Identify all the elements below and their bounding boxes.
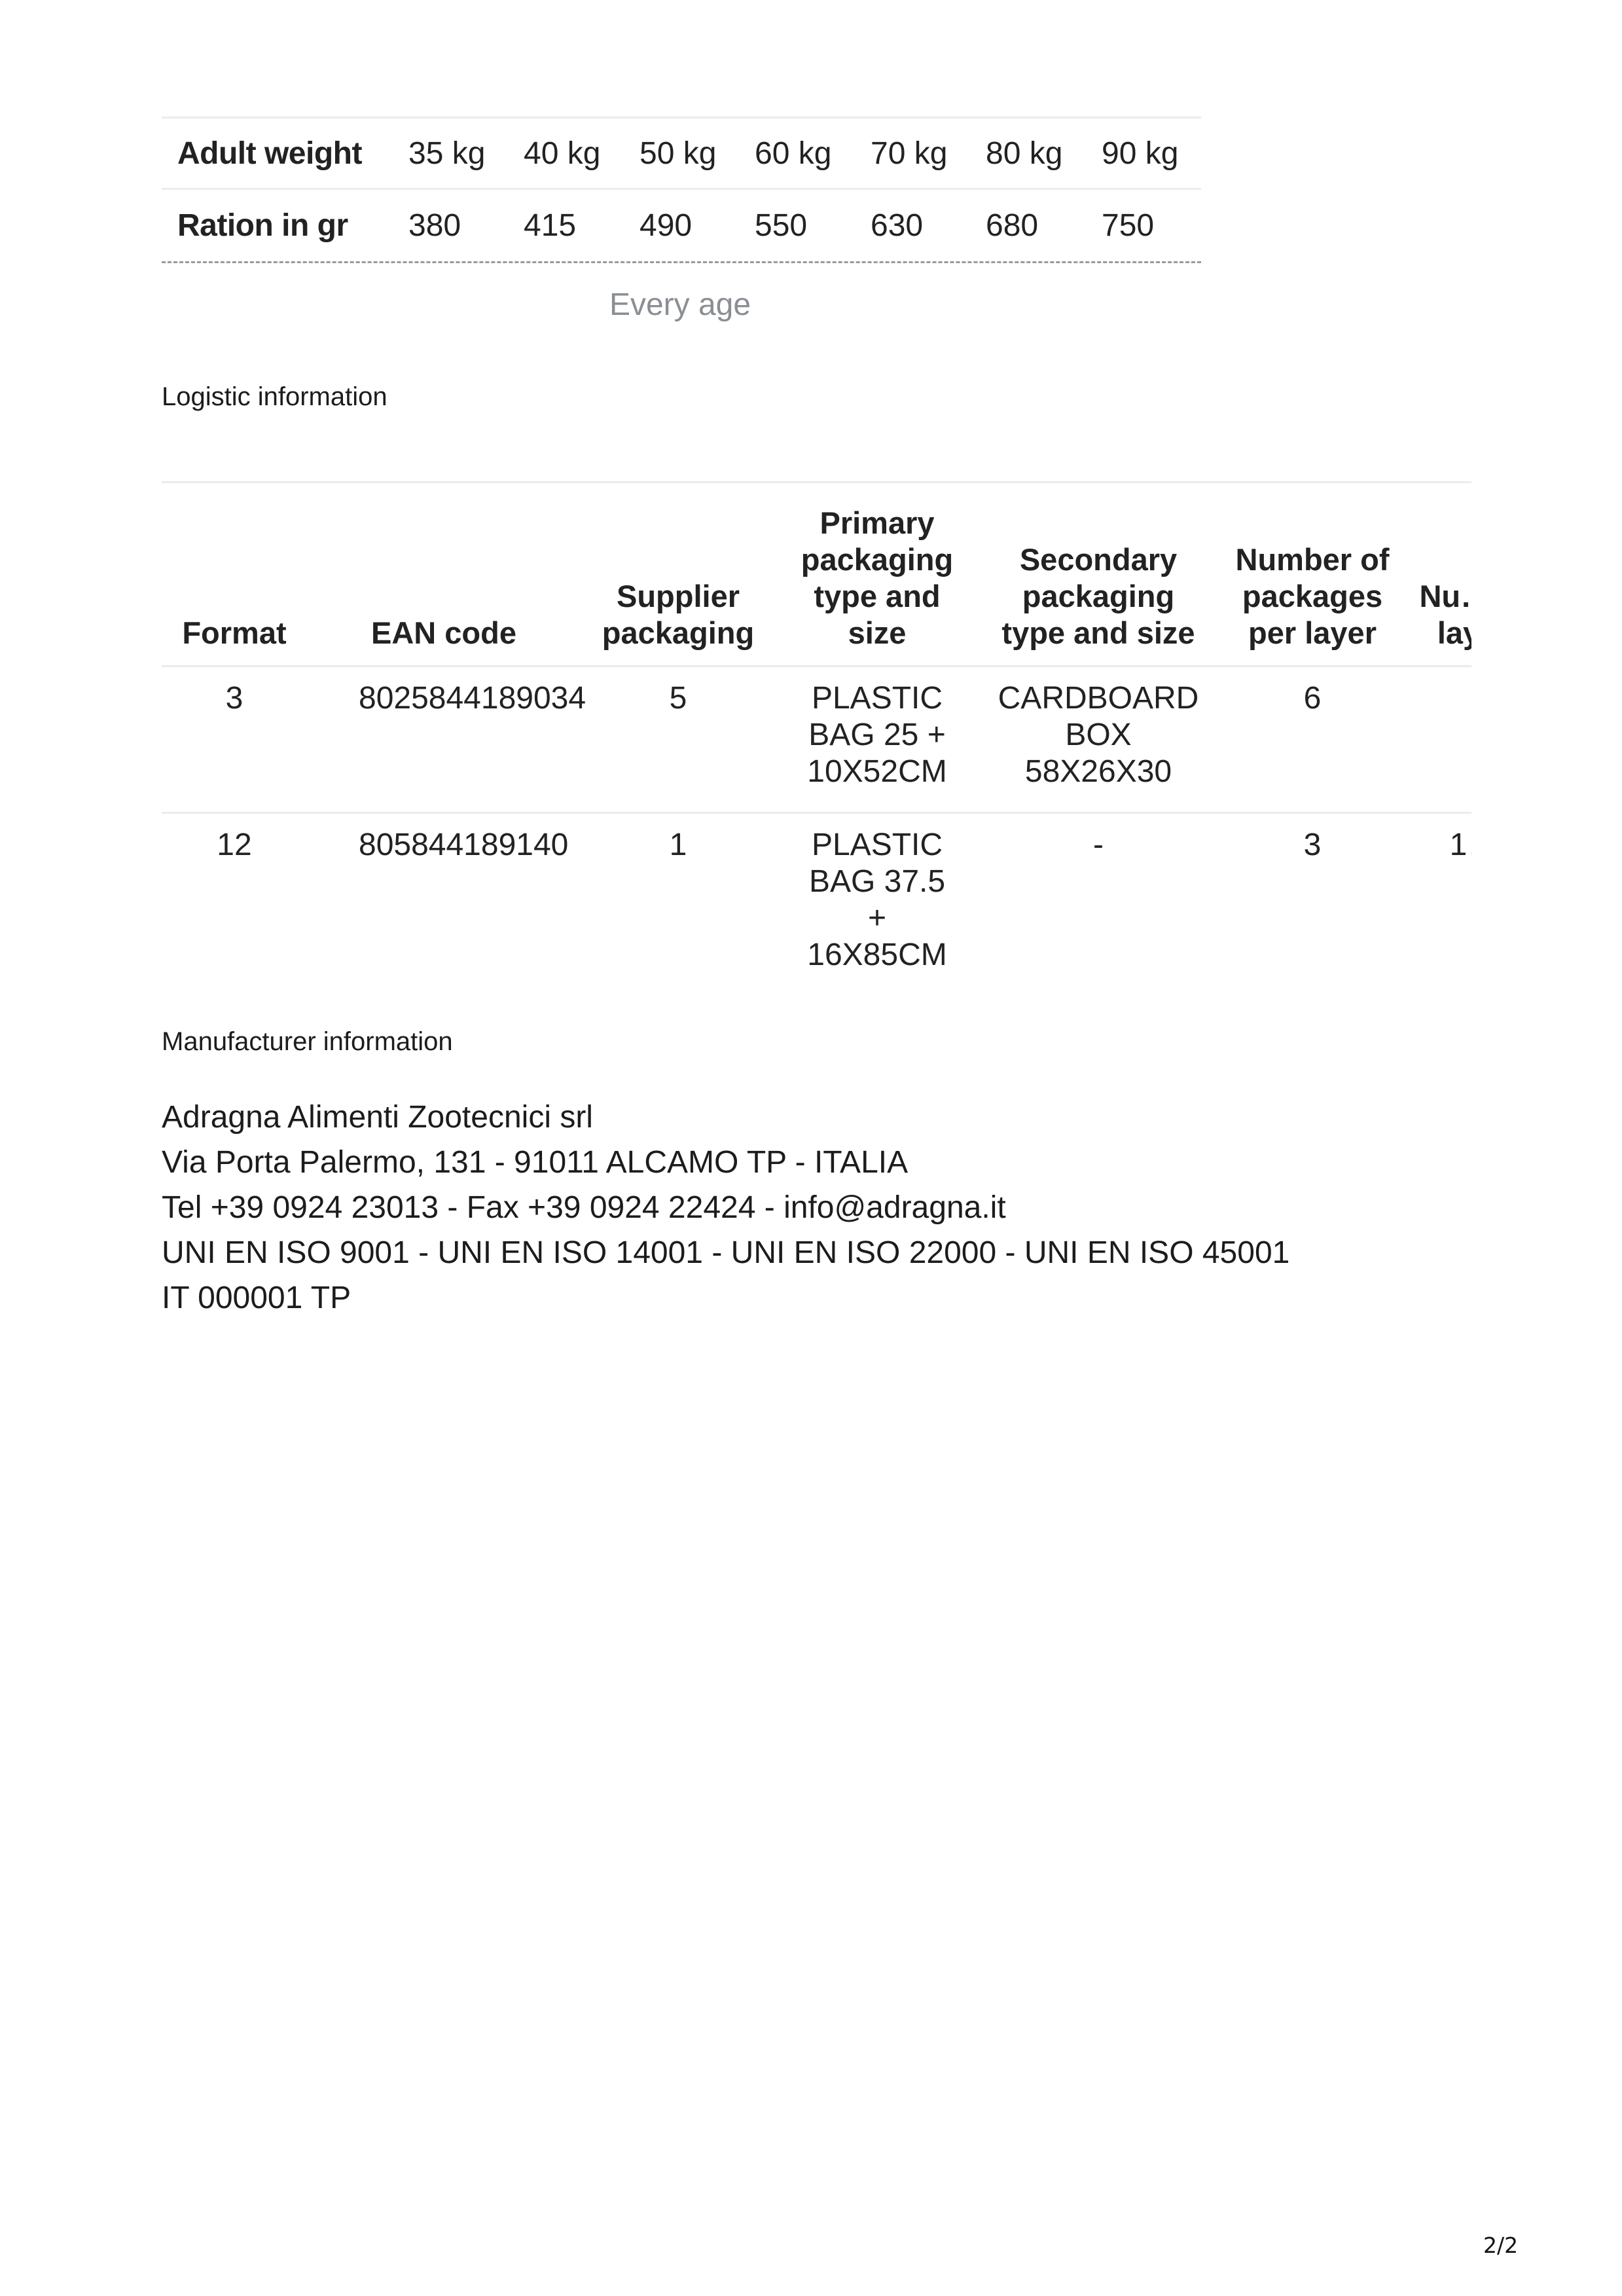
cell-secondary-packaging: - [990, 827, 1206, 864]
cell: 490 [640, 208, 692, 244]
company-address: Via Porta Palermo, 131 - 91011 ALCAMO TP… [162, 1140, 1289, 1185]
cell: 550 [755, 208, 807, 244]
table-row: 3 8025844189034 5 PLASTIC BAG 25 + 10X52… [162, 680, 1471, 805]
cell: 80 kg [986, 136, 1062, 172]
header-text: Supplier packaging [596, 578, 760, 651]
header-ean-code: EAN code [359, 481, 529, 651]
table-row-ration: Ration in gr 380 415 490 550 630 680 750 [162, 190, 1201, 261]
company-registration: IT 000001 TP [162, 1275, 1289, 1321]
header-supplier-packaging: Supplier packaging [596, 481, 760, 651]
table-row: 12 805844189140 1 PLASTIC BAG 37.5 + 16X… [162, 827, 1471, 991]
header-primary-packaging: Primary packaging type and size [795, 481, 959, 651]
table-caption: Every age [0, 287, 1360, 323]
cell: 750 [1102, 208, 1154, 244]
header-text: Format [162, 615, 319, 651]
table-row-adult-weight: Adult weight 35 kg 40 kg 50 kg 60 kg 70 … [162, 118, 1201, 189]
cell: 50 kg [640, 136, 716, 172]
header-layers-clipped: Nu… of lay… [1409, 481, 1471, 651]
company-name: Adragna Alimenti Zootecnici srl [162, 1095, 1289, 1140]
table-header-row: Format EAN code Supplier packaging Prima… [162, 481, 1471, 665]
row-label: Adult weight [177, 136, 362, 172]
cell: 90 kg [1102, 136, 1178, 172]
logistic-table: Format EAN code Supplier packaging Prima… [162, 481, 1471, 992]
header-format: Format [162, 481, 319, 651]
cell-supplier-packaging: 5 [596, 680, 760, 717]
cell-secondary-packaging: CARDBOARD BOX 58X26X30 [990, 680, 1206, 790]
company-certifications: UNI EN ISO 9001 - UNI EN ISO 14001 - UNI… [162, 1230, 1289, 1275]
cell: 35 kg [408, 136, 485, 172]
header-text: Nu… of lay… [1409, 578, 1471, 651]
cell-primary-packaging: PLASTIC BAG 37.5 + 16X85CM [802, 827, 952, 974]
cell-format: 3 [162, 680, 319, 717]
cell: 415 [524, 208, 576, 244]
cell: 380 [408, 208, 461, 244]
row-divider [162, 812, 1471, 814]
page-number: 2/2 [1483, 2232, 1518, 2258]
header-text: Primary packaging type and size [795, 505, 959, 651]
logistic-heading: Logistic information [162, 382, 387, 412]
dashed-divider [162, 261, 1201, 263]
cell: 630 [871, 208, 923, 244]
cell-format: 12 [162, 827, 319, 864]
cell-ean-code: 8025844189034 [359, 680, 529, 717]
header-packages-per-layer: Number of packages per layer [1231, 481, 1394, 651]
header-text: Secondary packaging type and size [990, 541, 1206, 651]
cell: 60 kg [755, 136, 831, 172]
header-text: Number of packages per layer [1231, 541, 1394, 651]
cell-packages-per-layer: 3 [1231, 827, 1394, 864]
cell-layers: 1… [1409, 827, 1471, 864]
header-text: EAN code [359, 615, 529, 651]
header-divider [162, 665, 1471, 667]
company-contacts: Tel +39 0924 23013 - Fax +39 0924 22424 … [162, 1185, 1289, 1230]
row-label: Ration in gr [177, 208, 348, 244]
cell: 40 kg [524, 136, 600, 172]
header-secondary-packaging: Secondary packaging type and size [990, 481, 1206, 651]
cell: 680 [986, 208, 1038, 244]
manufacturer-heading: Manufacturer information [162, 1027, 453, 1057]
cell-supplier-packaging: 1 [596, 827, 760, 864]
cell-packages-per-layer: 6 [1231, 680, 1394, 717]
cell-primary-packaging: PLASTIC BAG 25 + 10X52CM [795, 680, 959, 790]
manufacturer-details: Adragna Alimenti Zootecnici srl Via Port… [162, 1095, 1289, 1321]
cell-ean-code: 805844189140 [359, 827, 529, 864]
cell: 70 kg [871, 136, 947, 172]
